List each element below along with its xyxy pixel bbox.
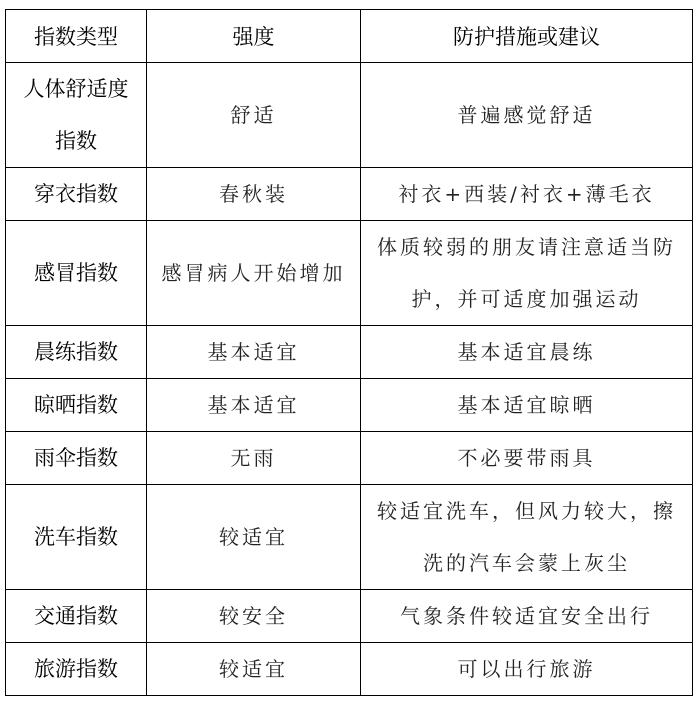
index-type-cell: 洗车指数: [6, 485, 147, 590]
table-row: 旅游指数 较适宜 可以出行旅游: [6, 643, 693, 696]
table-row: 人体舒适度指数 舒适 普遍感觉舒适: [6, 63, 693, 168]
intensity-cell: 春秋装: [147, 168, 361, 221]
table-row: 雨伞指数 无雨 不必要带雨具: [6, 432, 693, 485]
intensity-cell: 感冒病人开始增加: [147, 221, 361, 326]
advice-cell: 较适宜洗车，但风力较大，擦洗的汽车会蒙上灰尘: [361, 485, 693, 590]
index-type-cell: 晾晒指数: [6, 379, 147, 432]
advice-cell: 普遍感觉舒适: [361, 63, 693, 168]
intensity-cell: 无雨: [147, 432, 361, 485]
intensity-cell: 较适宜: [147, 485, 361, 590]
index-type-cell: 穿衣指数: [6, 168, 147, 221]
weather-index-table: 指数类型 强度 防护措施或建议 人体舒适度指数 舒适 普遍感觉舒适 穿衣指数 春…: [5, 9, 693, 696]
header-intensity: 强度: [147, 10, 361, 63]
header-row: 指数类型 强度 防护措施或建议: [6, 10, 693, 63]
index-type-cell: 感冒指数: [6, 221, 147, 326]
index-type-cell: 雨伞指数: [6, 432, 147, 485]
table-row: 洗车指数 较适宜 较适宜洗车，但风力较大，擦洗的汽车会蒙上灰尘: [6, 485, 693, 590]
advice-cell: 气象条件较适宜安全出行: [361, 590, 693, 643]
header-advice: 防护措施或建议: [361, 10, 693, 63]
table-row: 晨练指数 基本适宜 基本适宜晨练: [6, 326, 693, 379]
advice-cell: 不必要带雨具: [361, 432, 693, 485]
table-row: 感冒指数 感冒病人开始增加 体质较弱的朋友请注意适当防护，并可适度加强运动: [6, 221, 693, 326]
advice-cell: 基本适宜晾晒: [361, 379, 693, 432]
intensity-cell: 基本适宜: [147, 326, 361, 379]
advice-cell: 体质较弱的朋友请注意适当防护，并可适度加强运动: [361, 221, 693, 326]
intensity-cell: 基本适宜: [147, 379, 361, 432]
table-row: 穿衣指数 春秋装 衬衣+西装/衬衣+薄毛衣: [6, 168, 693, 221]
header-index-type: 指数类型: [6, 10, 147, 63]
advice-cell: 可以出行旅游: [361, 643, 693, 696]
table-row: 交通指数 较安全 气象条件较适宜安全出行: [6, 590, 693, 643]
intensity-cell: 舒适: [147, 63, 361, 168]
index-type-cell: 旅游指数: [6, 643, 147, 696]
intensity-cell: 较适宜: [147, 643, 361, 696]
advice-cell: 基本适宜晨练: [361, 326, 693, 379]
table-row: 晾晒指数 基本适宜 基本适宜晾晒: [6, 379, 693, 432]
intensity-cell: 较安全: [147, 590, 361, 643]
index-type-cell: 交通指数: [6, 590, 147, 643]
index-type-cell: 晨练指数: [6, 326, 147, 379]
index-type-cell: 人体舒适度指数: [6, 63, 147, 168]
advice-cell: 衬衣+西装/衬衣+薄毛衣: [361, 168, 693, 221]
